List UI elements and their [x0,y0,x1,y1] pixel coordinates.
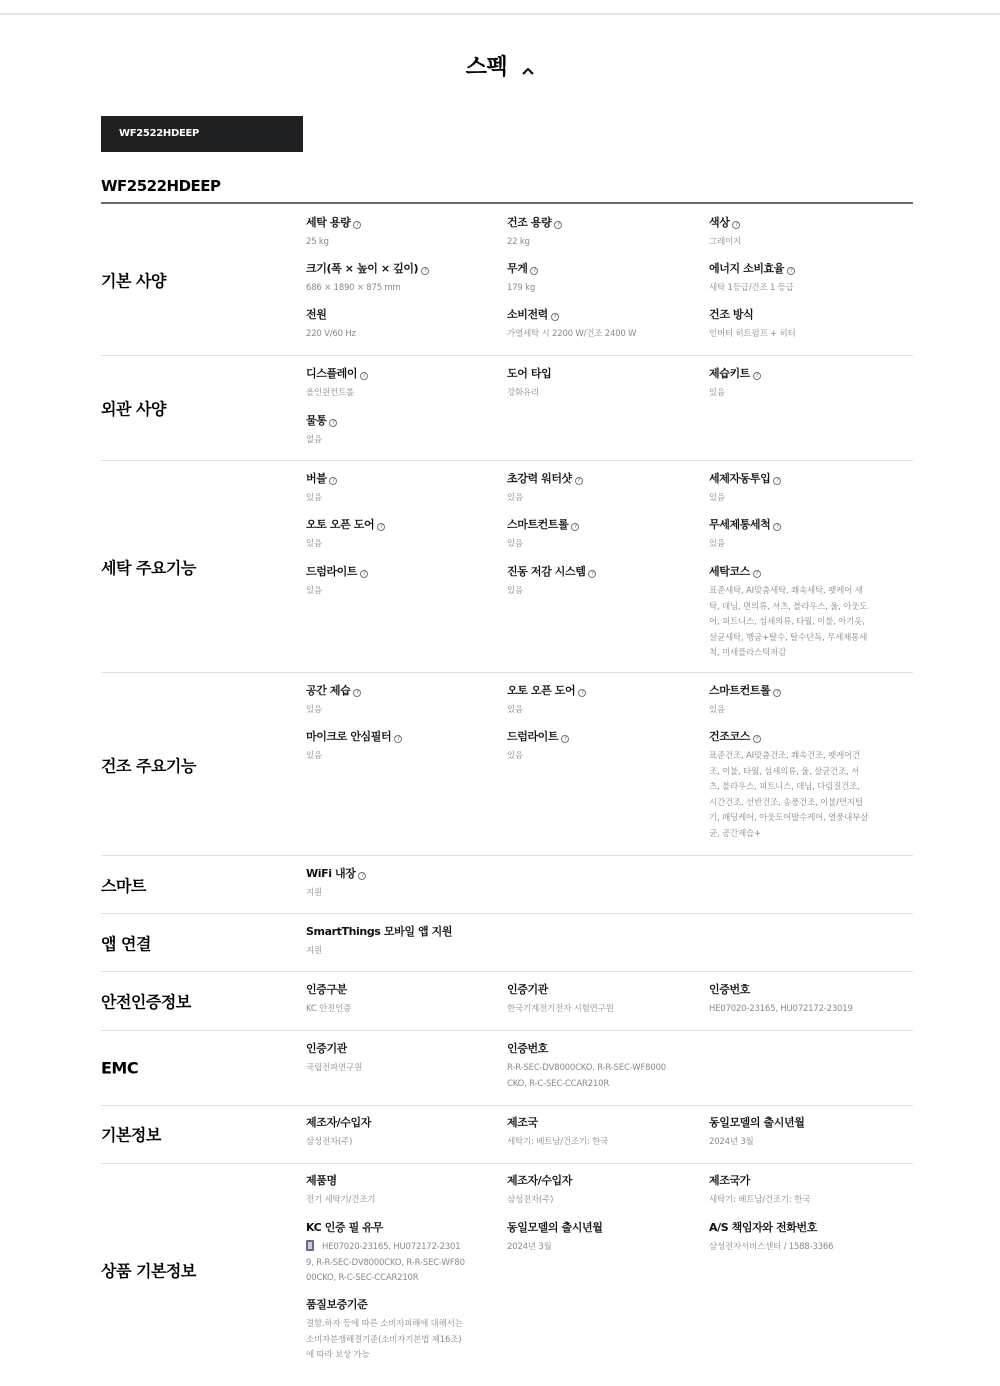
model-name: WF2522HDEEP [101,177,221,195]
spec-name: 물통 [306,414,326,427]
help-icon[interactable]: ? [360,570,368,578]
spec-value: 179 kg [507,281,687,297]
spec-value: 없음 [306,433,486,449]
help-icon[interactable]: ? [753,735,761,743]
spec-value: 삼성전자(주) [306,1135,486,1151]
chevron-up-icon [522,56,534,81]
spec-name: 오토 오픈 도어 [507,684,575,697]
spec-name: 제조자/수입자 [306,1116,371,1129]
spec-section-basic: 기본 사양 세탁 용량?25 kg 건조 용량?22 kg 색상?그레이지 크기… [101,204,913,356]
spec-item: 인증번호R-R-SEC-DV8000CKO, R-R-SEC-WF8000CKO… [507,1042,667,1092]
spec-value: 세탁기: 베트남/건조기: 한국 [507,1135,687,1151]
spec-value: 있음 [306,703,486,719]
spec-item: 건조코스?표준건조, AI맞춤건조, 쾌속건조, 펫케어건조, 이불, 타월, … [709,730,869,842]
spec-name: 소비전력 [507,308,548,321]
spec-name: 도어 타입 [507,367,551,380]
spec-toggle[interactable]: 스펙 [0,50,1000,81]
spec-value: 강화유리 [507,386,687,402]
spec-item: 동일모델의 출시년월2024년 3월 [507,1221,687,1256]
spec-item: 세제자동투입?있음 [709,472,889,507]
spec-item: 드럼라이트?있음 [306,565,486,600]
spec-section-emc: EMC 인증기관국립전파연구원 인증번호R-R-SEC-DV8000CKO, R… [101,1031,913,1106]
help-icon[interactable]: ? [353,221,361,229]
help-icon[interactable]: ? [732,221,740,229]
spec-value: 한국기계전기전자 시험연구원 [507,1002,687,1018]
spec-value: 그레이지 [709,235,889,251]
spec-item: 진동 저감 시스템?있음 [507,565,687,600]
help-icon[interactable]: ? [329,477,337,485]
spec-value: 삼성전자서비스센터 / 1588-3366 [709,1240,909,1256]
spec-name: 전원 [306,308,326,321]
spec-name: 드럼라이트 [306,565,357,578]
spec-name: 건조코스 [709,730,750,743]
spec-value: 있음 [306,537,486,553]
spec-item: 초강력 워터샷?있음 [507,472,687,507]
spec-value: 삼성전자(주) [507,1193,687,1209]
help-icon[interactable]: ? [394,735,402,743]
spec-name: 동일모델의 출시년월 [709,1116,804,1129]
spec-item: 세탁코스?표준세탁, AI맞춤세탁, 쾌속세탁, 펫케어 세탁, 데님, 면의류… [709,565,869,662]
spec-name: 크기(폭 × 높이 × 깊이) [306,262,418,275]
spec-name: 동일모델의 출시년월 [507,1221,602,1234]
spec-item: 전원220 V/60 Hz [306,308,486,343]
spec-section-exterior: 외관 사양 디스플레이?올인원컨트롤 도어 타입강화유리 제습키트?있음 물통?… [101,356,913,461]
section-label: 기본 사양 [101,269,166,292]
spec-name: 드럼라이트 [507,730,558,743]
spec-value: 국립전파연구원 [306,1061,486,1077]
spec-value: 가열세탁 시 2200 W/건조 2400 W [507,327,687,343]
spec-item: A/S 책임자와 전화번호삼성전자서비스센터 / 1588-3366 [709,1221,909,1256]
spec-item: 스마트컨트롤?있음 [709,684,889,719]
spec-item: 물통?없음 [306,414,486,449]
help-icon[interactable]: ? [554,221,562,229]
spec-item: 제습키트?있음 [709,367,889,402]
spec-value: 있음 [507,703,687,719]
spec-name: 세탁코스 [709,565,750,578]
spec-section-safety-cert: 안전인증정보 인증구분KC 안전인증 인증기관한국기계전기전자 시험연구원 인증… [101,972,913,1031]
spec-item: 건조 용량?22 kg [507,216,687,251]
spec-name: 제조자/수입자 [507,1174,572,1187]
spec-value: 있음 [507,537,687,553]
spec-item: 인증번호HE07020-23165, HU072172-23019 [709,983,909,1018]
spec-value: 세탁기: 베트남/건조기: 한국 [709,1193,889,1209]
spec-value: 있음 [709,537,889,553]
spec-name: 인증기관 [507,983,548,996]
spec-name: 건조 방식 [709,308,753,321]
spec-item: 제조자/수입자삼성전자(주) [507,1174,687,1209]
help-icon[interactable]: ? [421,267,429,275]
help-icon[interactable]: ? [773,689,781,697]
section-label: 앱 연결 [101,932,151,955]
spec-value: HE07020-23165, HU072172-23019 [709,1002,909,1018]
spec-name: 디스플레이 [306,367,357,380]
spec-value: 22 kg [507,235,687,251]
section-label: 기본정보 [101,1123,161,1146]
spec-name: 무세제통세척 [709,518,770,531]
spec-value: 지원 [306,944,526,960]
spec-value: 220 V/60 Hz [306,327,486,343]
spec-value: 25 kg [306,235,486,251]
spec-value: HE07020-23165, HU072172-23019, R-R-SEC-D… [306,1242,465,1283]
spec-item: 품질보증기준결함.하자 등에 따른 소비자피해에 대해서는 소비자분쟁해결기준(… [306,1298,466,1364]
help-icon[interactable]: ? [551,313,559,321]
help-icon[interactable]: ? [588,570,596,578]
spec-item: 제조국가세탁기: 베트남/건조기: 한국 [709,1174,889,1209]
spec-name: 제품명 [306,1174,337,1187]
spec-section-wash: 세탁 주요기능 버블?있음 초강력 워터샷?있음 세제자동투입?있음 오토 오픈… [101,461,913,673]
spec-section-product-info: 상품 기본정보 제품명전기 세탁기/건조기 제조자/수입자삼성전자(주) 제조국… [101,1164,913,1386]
model-tab[interactable]: WF2522HDEEP [101,116,303,152]
spec-value: 있음 [709,386,889,402]
help-icon[interactable]: ? [578,689,586,697]
spec-item: 무세제통세척?있음 [709,518,889,553]
spec-item: 무게?179 kg [507,262,687,297]
spec-item: 인증기관한국기계전기전자 시험연구원 [507,983,687,1018]
spec-name: 인증번호 [507,1042,548,1055]
top-divider [0,13,1000,15]
help-icon[interactable]: ? [753,372,761,380]
spec-item: 소비전력?가열세탁 시 2200 W/건조 2400 W [507,308,687,343]
spec-item: WiFi 내장?지원 [306,867,486,902]
section-label: 건조 주요기능 [101,754,196,777]
spec-item: 디스플레이?올인원컨트롤 [306,367,486,402]
spec-item: 마이크로 안심필터?있음 [306,730,486,765]
spec-value: 세탁 1등급/건조 1 등급 [709,281,889,297]
spec-name: 버블 [306,472,326,485]
spec-name: 인증구분 [306,983,347,996]
spec-name: 세제자동투입 [709,472,770,485]
spec-name: A/S 책임자와 전화번호 [709,1221,817,1234]
spec-name: 건조 용량 [507,216,551,229]
help-icon[interactable]: ? [773,477,781,485]
spec-item: 스마트컨트롤?있음 [507,518,687,553]
spec-name: 색상 [709,216,729,229]
help-icon[interactable]: ? [787,267,795,275]
help-icon[interactable]: ? [773,523,781,531]
spec-value: 2024년 3월 [709,1135,889,1151]
spec-value: 2024년 3월 [507,1240,687,1256]
spec-name: 진동 저감 시스템 [507,565,585,578]
section-label: 스마트 [101,874,146,897]
spec-section-smart: 스마트 WiFi 내장?지원 [101,856,913,914]
spec-item: 버블?있음 [306,472,486,507]
spec-value: 올인원컨트롤 [306,386,486,402]
spec-value: 표준세탁, AI맞춤세탁, 쾌속세탁, 펫케어 세탁, 데님, 면의류, 셔츠,… [709,584,869,662]
spec-value: 있음 [507,584,687,600]
spec-name: 스마트컨트롤 [709,684,770,697]
section-label: 세탁 주요기능 [101,556,196,579]
spec-section-app: 앱 연결 SmartThings 모바일 앱 지원지원 [101,914,913,972]
spec-name: 초강력 워터샷 [507,472,572,485]
spec-section-dry: 건조 주요기능 공간 제습?있음 오토 오픈 도어?있음 스마트컨트롤?있음 마… [101,673,913,856]
spec-value: 결함.하자 등에 따른 소비자피해에 대해서는 소비자분쟁해결기준(소비자기본법… [306,1317,466,1364]
help-icon[interactable]: ? [358,872,366,880]
spec-name: 인증기관 [306,1042,347,1055]
spec-item: 제조국세탁기: 베트남/건조기: 한국 [507,1116,687,1151]
spec-value: 있음 [709,491,889,507]
spec-item: 인증기관국립전파연구원 [306,1042,486,1077]
spec-name: KC 인증 필 유무 [306,1221,383,1234]
spec-item: 세탁 용량?25 kg [306,216,486,251]
spec-item: 색상?그레이지 [709,216,889,251]
spec-value: R-R-SEC-DV8000CKO, R-R-SEC-WF8000CKO, R-… [507,1061,667,1092]
spec-name: 오토 오픈 도어 [306,518,374,531]
spec-name: 제조국 [507,1116,538,1129]
spec-name: 스마트컨트롤 [507,518,568,531]
spec-value: 있음 [507,749,687,765]
spec-value: 표준건조, AI맞춤건조, 쾌속건조, 펫케어건조, 이불, 타월, 섬세의류,… [709,749,869,842]
spec-item: 크기(폭 × 높이 × 깊이)?686 × 1890 × 875 mm [306,262,486,297]
spec-name: 인증번호 [709,983,750,996]
help-icon[interactable]: ? [753,570,761,578]
spec-value: KC 안전인증 [306,1002,486,1018]
spec-name: 세탁 용량 [306,216,350,229]
help-icon[interactable]: ? [377,523,385,531]
spec-value: 전기 세탁기/건조기 [306,1193,486,1209]
spec-name: 에너지 소비효율 [709,262,784,275]
spec-item: 오토 오픈 도어?있음 [306,518,486,553]
spec-value: 686 × 1890 × 875 mm [306,281,486,297]
section-label: EMC [101,1059,138,1078]
spec-value: 있음 [709,703,889,719]
help-icon[interactable]: ? [571,523,579,531]
spec-name: 공간 제습 [306,684,350,697]
spec-item: 오토 오픈 도어?있음 [507,684,687,719]
kc-mark-icon [306,1240,314,1251]
spec-value: 있음 [306,491,486,507]
spec-name: 제습키트 [709,367,750,380]
spec-item: 동일모델의 출시년월2024년 3월 [709,1116,889,1151]
help-icon[interactable]: ? [353,689,361,697]
spec-value: 있음 [306,749,486,765]
section-label: 안전인증정보 [101,990,191,1013]
help-icon[interactable]: ? [575,477,583,485]
spec-name: 제조국가 [709,1174,750,1187]
spec-value: 있음 [507,491,687,507]
section-label: 상품 기본정보 [101,1259,196,1282]
page-title: 스펙 [466,55,508,80]
help-icon[interactable]: ? [329,419,337,427]
spec-item: 드럼라이트?있음 [507,730,687,765]
spec-item: 건조 방식인버터 히트펌프 + 히터 [709,308,889,343]
spec-item: 제조자/수입자삼성전자(주) [306,1116,486,1151]
spec-item: SmartThings 모바일 앱 지원지원 [306,925,526,960]
spec-item: 도어 타입강화유리 [507,367,687,402]
spec-value: 인버터 히트펌프 + 히터 [709,327,889,343]
spec-name: 마이크로 안심필터 [306,730,391,743]
spec-name: 무게 [507,262,527,275]
spec-item: KC 인증 필 유무HE07020-23165, HU072172-23019,… [306,1221,466,1287]
spec-item: 공간 제습?있음 [306,684,486,719]
spec-name: SmartThings 모바일 앱 지원 [306,925,452,938]
spec-item: 인증구분KC 안전인증 [306,983,486,1018]
spec-value: 있음 [306,584,486,600]
spec-value: 지원 [306,886,486,902]
spec-section-basic-info: 기본정보 제조자/수입자삼성전자(주) 제조국세탁기: 베트남/건조기: 한국 … [101,1106,913,1164]
spec-name: WiFi 내장 [306,867,355,880]
help-icon[interactable]: ? [360,372,368,380]
spec-item: 에너지 소비효율?세탁 1등급/건조 1 등급 [709,262,889,297]
spec-item: 제품명전기 세탁기/건조기 [306,1174,486,1209]
help-icon[interactable]: ? [561,735,569,743]
help-icon[interactable]: ? [530,267,538,275]
section-label: 외관 사양 [101,397,166,420]
spec-name: 품질보증기준 [306,1298,367,1311]
